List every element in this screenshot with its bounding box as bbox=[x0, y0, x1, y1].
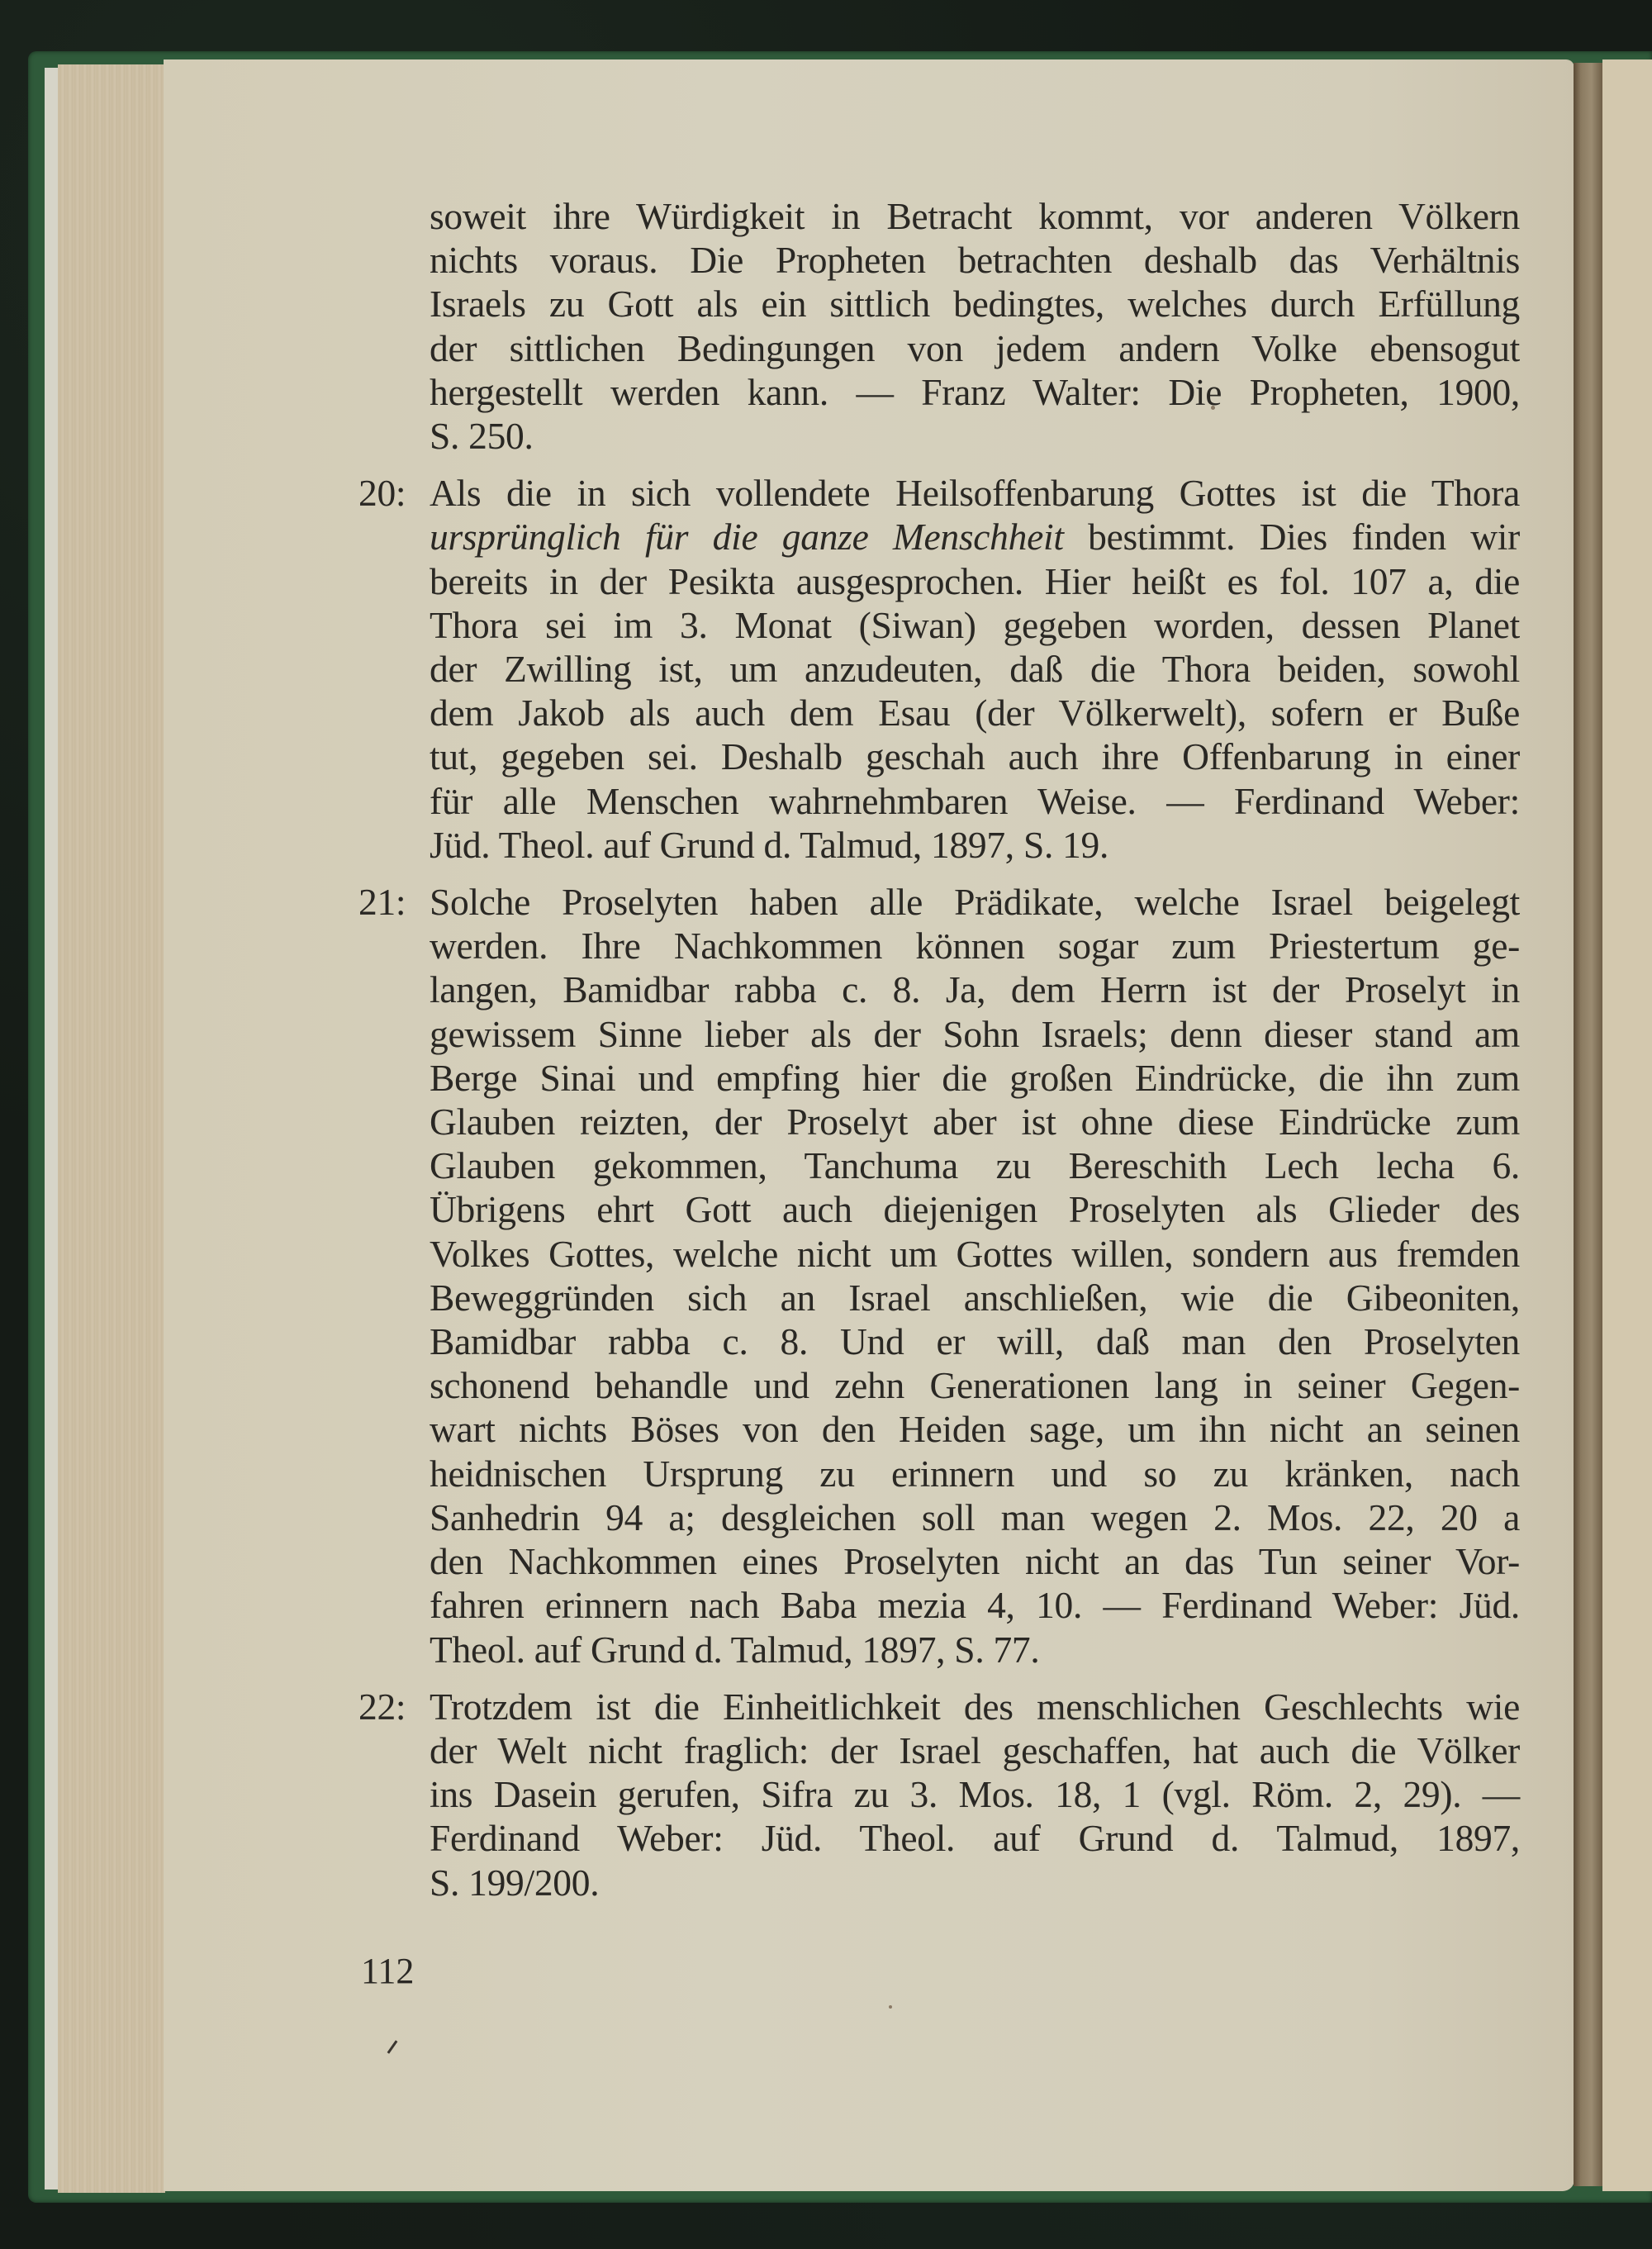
text-line: Israels zu Gott als ein sittlich bedingt… bbox=[430, 282, 1520, 326]
text-line: Glauben reizten, der Proselyt aber ist o… bbox=[430, 1100, 1520, 1144]
page-number: 112 bbox=[361, 1950, 414, 1992]
book-gutter bbox=[1574, 63, 1603, 2186]
text-line: Glauben gekommen, Tanchuma zu Bereschith… bbox=[430, 1144, 1520, 1187]
text-line: Solche Proselyten haben alle Prädikate, … bbox=[430, 880, 1520, 924]
text-line: schonend behandle und zehn Generationen … bbox=[430, 1363, 1520, 1407]
text-line: Übrigens ehrt Gott auch diejenigen Prose… bbox=[430, 1187, 1520, 1231]
text-line: Beweggründen sich an Israel anschließen,… bbox=[430, 1276, 1520, 1319]
text-line: dem Jakob als auch dem Esau (der Völkerw… bbox=[430, 691, 1520, 735]
text-line: hergestellt werden kann. — Franz Walter:… bbox=[430, 370, 1520, 414]
endpaper-strip bbox=[45, 68, 58, 2190]
text-line: fahren erinnern nach Baba mezia 4, 10. —… bbox=[430, 1583, 1520, 1627]
text-line: Thora sei im 3. Monat (Siwan) gegeben wo… bbox=[430, 603, 1520, 647]
text-line: soweit ihre Würdigkeit in Betracht kommt… bbox=[430, 194, 1520, 238]
emphasis-italic: ursprünglich für die ganze Menschheit bbox=[430, 516, 1064, 558]
text-line: S. 250. bbox=[430, 414, 1520, 458]
paper-speck bbox=[889, 2005, 892, 2009]
continuation-paragraph: soweit ihre Würdigkeit in Betracht kommt… bbox=[430, 194, 1520, 458]
text-line: nichts voraus. Die Propheten betrachten … bbox=[430, 238, 1520, 282]
text-line: Volkes Gottes, welche nicht um Gottes wi… bbox=[430, 1232, 1520, 1276]
note-number: 20: bbox=[358, 471, 425, 515]
text-line: tut, gegeben sei. Deshalb geschah auch i… bbox=[430, 735, 1520, 778]
text-line: den Nachkommen eines Proselyten nicht an… bbox=[430, 1539, 1520, 1583]
note-22: 22: Trotzdem ist die Einheitlichkeit des… bbox=[430, 1685, 1520, 1904]
text-line: für alle Menschen wahrnehmbaren Weise. —… bbox=[430, 779, 1520, 823]
text-line: der sittlichen Bedingungen von jedem and… bbox=[430, 326, 1520, 370]
text-line: der Zwilling ist, um anzudeuten, daß die… bbox=[430, 647, 1520, 691]
page-text: soweit ihre Würdigkeit in Betracht kommt… bbox=[430, 194, 1520, 1904]
text-line: Ferdinand Weber: Jüd. Theol. auf Grund d… bbox=[430, 1816, 1520, 1860]
text-line: Theol. auf Grund d. Talmud, 1897, S. 77. bbox=[430, 1628, 1520, 1671]
text-line: Jüd. Theol. auf Grund d. Talmud, 1897, S… bbox=[430, 823, 1520, 867]
text-line: langen, Bamidbar rabba c. 8. Ja, dem Her… bbox=[430, 968, 1520, 1011]
text-line: bereits in der Pesikta ausgesprochen. Hi… bbox=[430, 559, 1520, 603]
text-line: wart nichts Böses von den Heiden sage, u… bbox=[430, 1407, 1520, 1451]
facing-page-edge bbox=[1602, 59, 1652, 2191]
text-line: Als die in sich vollendete Heilsoffenbar… bbox=[430, 471, 1520, 515]
note-21: 21: Solche Proselyten haben alle Prädika… bbox=[430, 880, 1520, 1671]
text-line: werden. Ihre Nachkommen können sogar zum… bbox=[430, 924, 1520, 968]
note-20: 20: Als die in sich vollendete Heilsoffe… bbox=[430, 471, 1520, 867]
text-fragment: bestimmt. Dies finden wir bbox=[1064, 516, 1520, 558]
page-stack-edges bbox=[58, 64, 165, 2193]
text-line: Sanhedrin 94 a; desgleichen soll man weg… bbox=[430, 1495, 1520, 1539]
text-line: Berge Sinai und empfing hier die großen … bbox=[430, 1056, 1520, 1100]
text-line: ins Dasein gerufen, Sifra zu 3. Mos. 18,… bbox=[430, 1772, 1520, 1816]
text-line-mixed: ursprünglich für die ganze Menschheit be… bbox=[430, 515, 1520, 559]
note-number: 21: bbox=[358, 880, 425, 924]
text-line: gewissem Sinne lieber als der Sohn Israe… bbox=[430, 1012, 1520, 1056]
text-line: Trotzdem ist die Einheitlichkeit des men… bbox=[430, 1685, 1520, 1728]
text-line: Bamidbar rabba c. 8. Und er will, daß ma… bbox=[430, 1319, 1520, 1363]
text-line: S. 199/200. bbox=[430, 1861, 1520, 1904]
text-line: der Welt nicht fraglich: der Israel gesc… bbox=[430, 1728, 1520, 1772]
note-number: 22: bbox=[358, 1685, 425, 1728]
text-line: heidnischen Ursprung zu erinnern und so … bbox=[430, 1452, 1520, 1495]
